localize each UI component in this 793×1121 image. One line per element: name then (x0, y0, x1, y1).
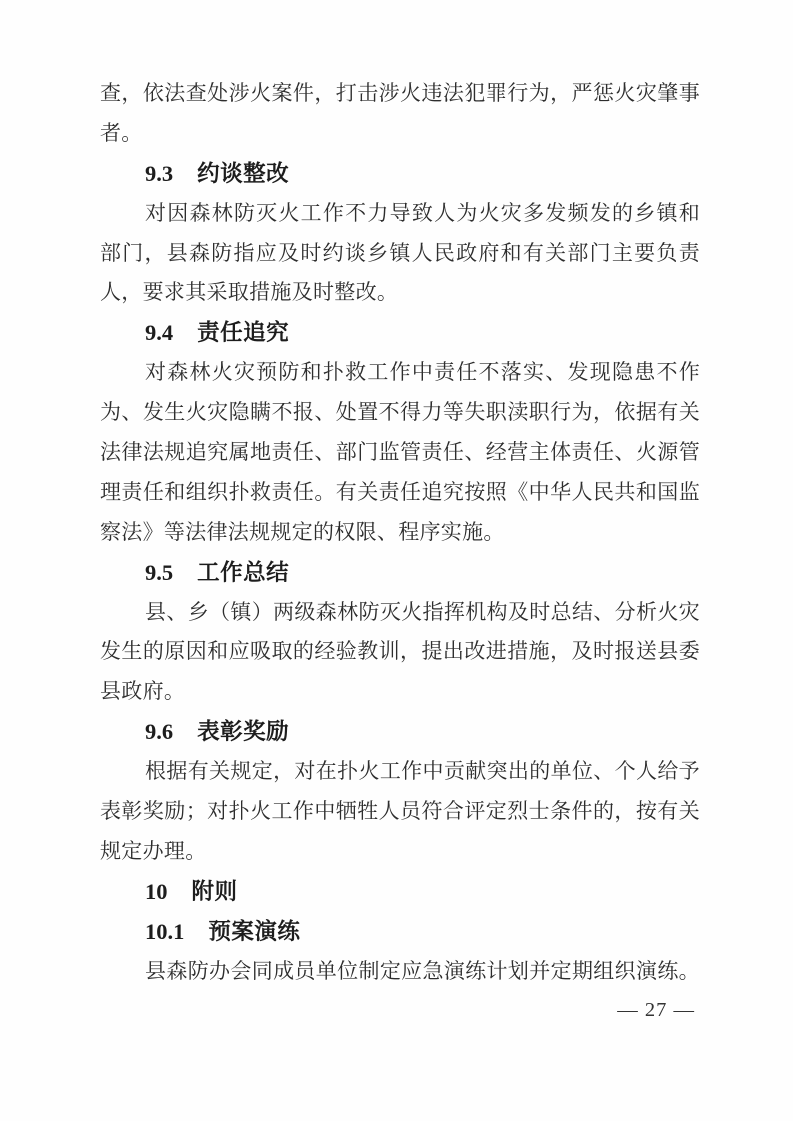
section-title: 责任追究 (197, 320, 289, 345)
paragraph-line: 对森林火灾预防和扑救工作中责任不落实、发现隐患不作 (100, 353, 700, 393)
section-heading-9-4: 9.4责任追究 (100, 313, 700, 353)
paragraph-line: 县森防办会同成员单位制定应急演练计划并定期组织演练。 (100, 952, 700, 992)
document-page: 查，依法查处涉火案件，打击涉火违法犯罪行为，严惩火灾肇事 者。 9.3约谈整改 … (0, 0, 793, 1121)
paragraph-line: 人，要求其采取措施及时整改。 (100, 273, 700, 313)
section-number: 10.1 (145, 912, 184, 952)
section-title: 预案演练 (208, 919, 300, 944)
section-heading-9-5: 9.5工作总结 (100, 553, 700, 593)
section-title: 表彰奖励 (197, 719, 289, 744)
section-heading-10-1: 10.1预案演练 (100, 912, 700, 952)
section-title: 约谈整改 (197, 161, 289, 186)
paragraph-line: 根据有关规定，对在扑火工作中贡献突出的单位、个人给予 (100, 752, 700, 792)
document-text-block: 查，依法查处涉火案件，打击涉火违法犯罪行为，严惩火灾肇事 者。 9.3约谈整改 … (100, 74, 700, 1031)
section-number: 9.3 (145, 154, 173, 194)
page-number: — 27 — (100, 991, 700, 1031)
section-title: 工作总结 (197, 560, 289, 585)
paragraph-line: 者。 (100, 114, 700, 154)
paragraph-line: 察法》等法律法规规定的权限、程序实施。 (100, 513, 700, 553)
paragraph-line: 发生的原因和应吸取的经验教训，提出改进措施，及时报送县委 (100, 632, 700, 672)
section-number: 9.4 (145, 313, 173, 353)
section-title: 附则 (192, 879, 238, 904)
paragraph-line: 查，依法查处涉火案件，打击涉火违法犯罪行为，严惩火灾肇事 (100, 74, 700, 114)
section-heading-9-6: 9.6表彰奖励 (100, 712, 700, 752)
section-number: 9.5 (145, 553, 173, 593)
paragraph-line: 规定办理。 (100, 832, 700, 872)
section-number: 10 (145, 872, 168, 912)
section-number: 9.6 (145, 712, 173, 752)
paragraph-line: 对因森林防灭火工作不力导致人为火灾多发频发的乡镇和 (100, 194, 700, 234)
paragraph-line: 为、发生火灾隐瞒不报、处置不得力等失职渎职行为，依据有关 (100, 393, 700, 433)
paragraph-line: 理责任和组织扑救责任。有关责任追究按照《中华人民共和国监 (100, 473, 700, 513)
paragraph-line: 部门，县森防指应及时约谈乡镇人民政府和有关部门主要负责 (100, 234, 700, 274)
paragraph-line: 法律法规追究属地责任、部门监管责任、经营主体责任、火源管 (100, 433, 700, 473)
section-heading-10: 10附则 (100, 872, 700, 912)
paragraph-line: 县政府。 (100, 672, 700, 712)
paragraph-line: 县、乡（镇）两级森林防灭火指挥机构及时总结、分析火灾 (100, 593, 700, 633)
section-heading-9-3: 9.3约谈整改 (100, 154, 700, 194)
paragraph-line: 表彰奖励；对扑火工作中牺牲人员符合评定烈士条件的，按有关 (100, 792, 700, 832)
